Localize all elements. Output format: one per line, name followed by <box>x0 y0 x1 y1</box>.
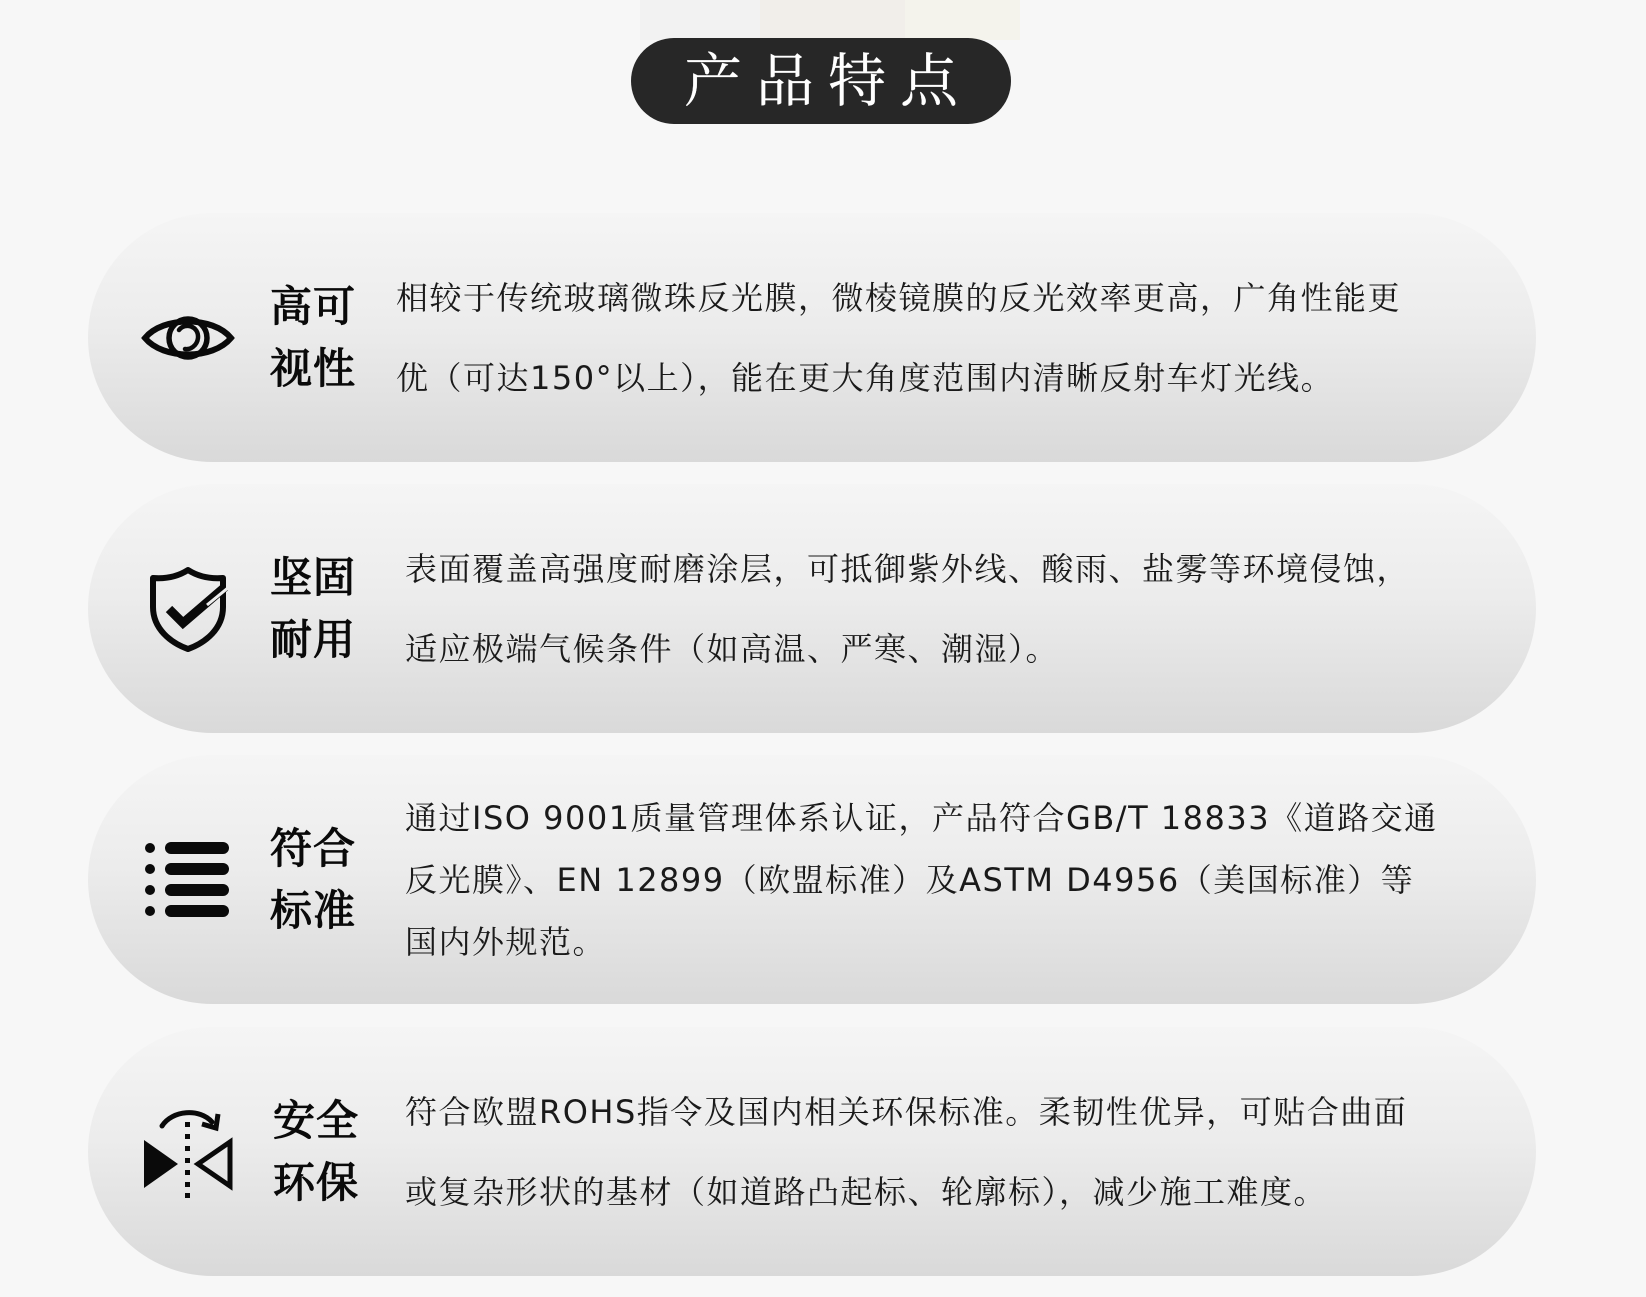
product-image-strip <box>760 0 905 40</box>
feature-title: 坚固 耐用 <box>270 547 370 671</box>
feature-card-safety-eco: 安全 环保 符合欧盟ROHS指令及国内相关环保标准。柔韧性优异，可贴合曲面 或复… <box>88 1027 1536 1276</box>
feature-card-high-visibility: 高可 视性 相较于传统玻璃微珠反光膜，微棱镜膜的反光效率更高，广角性能更 优（可… <box>88 213 1536 462</box>
list-icon <box>138 830 238 930</box>
shield-check-icon <box>138 559 238 659</box>
product-image-strip <box>905 0 1020 40</box>
flip-horizontal-icon <box>138 1102 238 1202</box>
section-title-pill: 产品特点 <box>631 38 1011 124</box>
feature-description: 符合欧盟ROHS指令及国内相关环保标准。柔韧性优异，可贴合曲面 或复杂形状的基材… <box>405 1072 1512 1232</box>
feature-title: 高可 视性 <box>270 276 370 400</box>
eye-icon <box>138 288 238 388</box>
feature-card-durability: 坚固 耐用 表面覆盖高强度耐磨涂层，可抵御紫外线、酸雨、盐雾等环境侵蚀， 适应极… <box>88 484 1536 733</box>
feature-description: 相较于传统玻璃微珠反光膜，微棱镜膜的反光效率更高，广角性能更 优（可达150°以… <box>396 258 1512 418</box>
section-title: 产品特点 <box>684 52 972 110</box>
product-image-strip <box>640 0 760 40</box>
feature-description: 通过ISO 9001质量管理体系认证，产品符合GB/T 18833《道路交通 反… <box>405 787 1512 973</box>
feature-title: 安全 环保 <box>273 1090 373 1214</box>
feature-title: 符合 标准 <box>270 818 370 942</box>
feature-description: 表面覆盖高强度耐磨涂层，可抵御紫外线、酸雨、盐雾等环境侵蚀， 适应极端气候条件（… <box>405 529 1512 689</box>
feature-card-standards: 符合 标准 通过ISO 9001质量管理体系认证，产品符合GB/T 18833《… <box>88 755 1536 1004</box>
